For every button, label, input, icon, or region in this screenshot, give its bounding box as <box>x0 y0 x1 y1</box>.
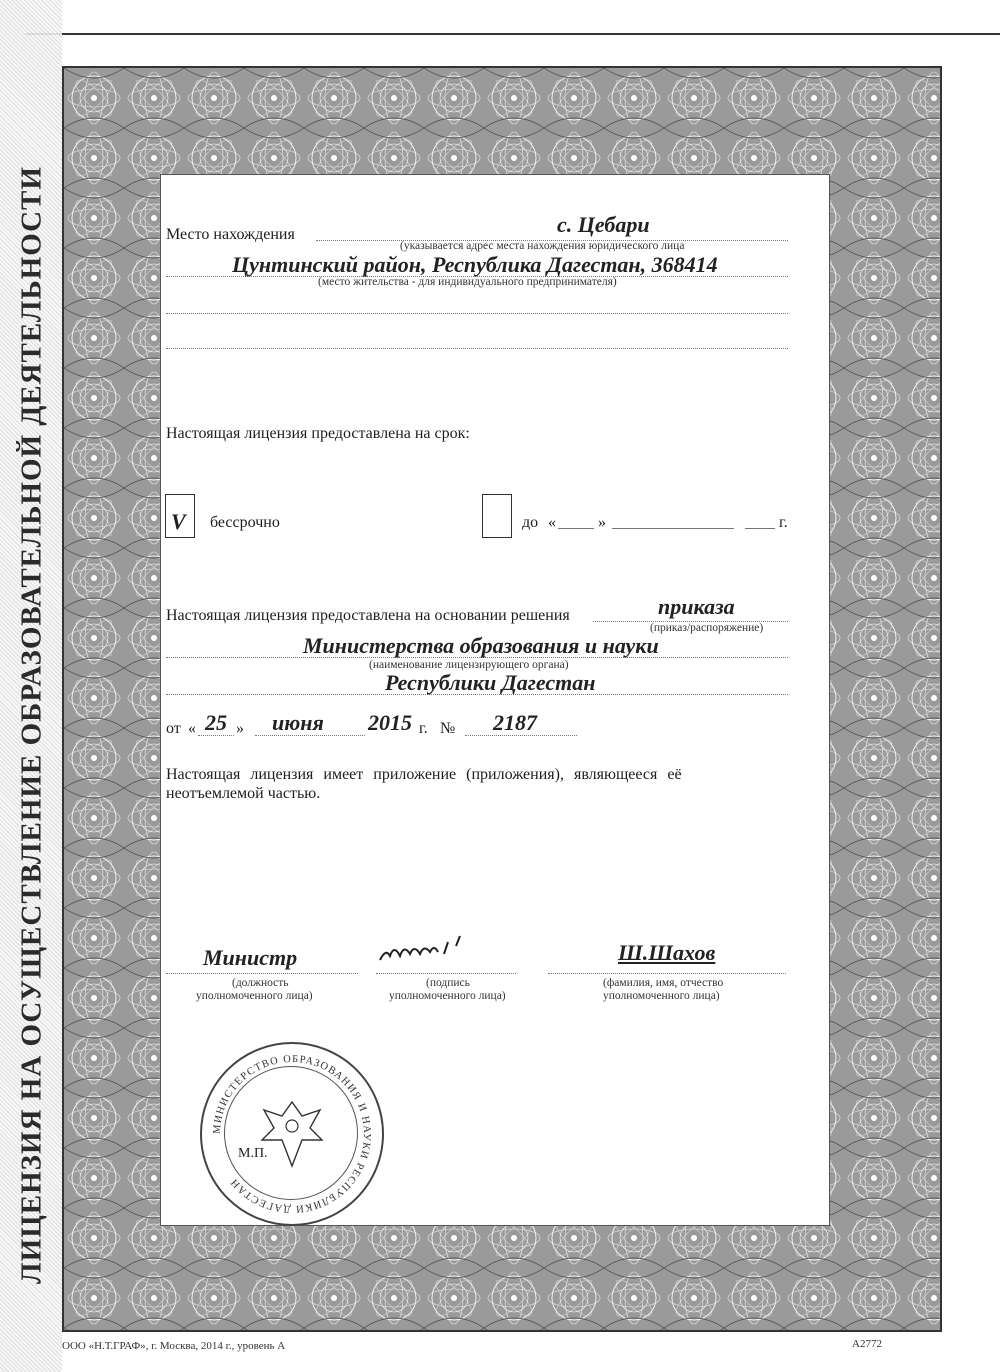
number-prefix: № <box>440 720 455 738</box>
year-suffix: г. <box>419 720 428 738</box>
decision-day: 25 <box>205 710 227 736</box>
serial-number: А2772 <box>852 1338 882 1350</box>
handwritten-signature <box>376 930 516 970</box>
seal-emblem: МИНИСТЕРСТВО ОБРАЗОВАНИЯ И НАУКИ РЕСПУБЛ… <box>202 1044 382 1224</box>
location-hint-1: (указывается адрес места нахождения юрид… <box>400 240 684 252</box>
until-year-suffix: г. <box>779 514 788 532</box>
until-year-field[interactable] <box>745 528 775 529</box>
location-line-4 <box>166 348 788 349</box>
position-line <box>166 973 358 974</box>
date-prefix: от <box>166 720 181 738</box>
location-value-1: с. Цебари <box>557 212 650 238</box>
decision-number: 2187 <box>493 710 537 736</box>
document-side-title: ЛИЦЕНЗИЯ НА ОСУЩЕСТВЛЕНИЕ ОБРАЗОВАТЕЛЬНО… <box>16 166 49 1284</box>
position-hint-2: уполномоченного лица) <box>196 990 313 1002</box>
name-hint-1: (фамилия, имя, отчество <box>603 977 723 989</box>
position-hint-1: (должность <box>232 977 289 989</box>
signature-hint-2: уполномоченного лица) <box>389 990 506 1002</box>
appendix-text-2: неотъемлемой частью. <box>166 785 320 803</box>
signature-line <box>376 973 516 974</box>
printer-info: ООО «Н.Т.ГРАФ», г. Москва, 2014 г., уров… <box>62 1340 285 1352</box>
until-date-checkbox[interactable] <box>482 494 512 538</box>
official-seal: МИНИСТЕРСТВО ОБРАЗОВАНИЯ И НАУКИ РЕСПУБЛ… <box>200 1042 384 1226</box>
location-value-2: Цунтинский район, Республика Дагестан, 3… <box>232 252 718 278</box>
indefinite-checkbox[interactable]: V <box>165 494 195 538</box>
authority-value-1: Министерства образования и науки <box>303 633 659 659</box>
decision-type-hint: (приказ/распоряжение) <box>650 622 763 634</box>
until-month-field[interactable] <box>612 528 734 529</box>
signatory-name: Ш.Шахов <box>618 940 715 966</box>
decision-month: июня <box>272 710 324 736</box>
decision-year: 2015 <box>368 710 412 736</box>
term-label: Настоящая лицензия предоставлена на срок… <box>166 425 470 443</box>
name-hint-2: уполномоченного лица) <box>603 990 720 1002</box>
top-rule <box>25 33 1000 35</box>
mp-label: М.П. <box>238 1146 268 1162</box>
check-mark: V <box>171 509 186 535</box>
signature-hint-1: (подпись <box>426 977 470 989</box>
date-close-quote: » <box>236 720 244 738</box>
signatory-position: Министр <box>203 945 297 971</box>
appendix-text-1: Настоящая лицензия имеет приложение (при… <box>166 766 682 784</box>
name-line <box>548 973 786 974</box>
decision-type-value: приказа <box>658 594 735 620</box>
authority-value-2: Республики Дагестан <box>385 670 595 696</box>
until-day-field[interactable] <box>558 528 594 529</box>
location-line-3 <box>166 313 788 314</box>
location-label: Место нахождения <box>166 226 295 244</box>
location-hint-2: (место жительства - для индивидуального … <box>318 276 617 288</box>
date-open-quote: « <box>188 720 196 738</box>
svg-text:МИНИСТЕРСТВО ОБРАЗОВАНИЯ И НАУ: МИНИСТЕРСТВО ОБРАЗОВАНИЯ И НАУКИ РЕСПУБЛ… <box>212 1054 372 1214</box>
basis-label: Настоящая лицензия предоставлена на осно… <box>166 607 570 625</box>
until-close-quote: » <box>598 514 606 532</box>
until-open-quote: « <box>548 514 556 532</box>
indefinite-label: бессрочно <box>210 514 280 532</box>
until-prefix: до <box>522 514 538 532</box>
